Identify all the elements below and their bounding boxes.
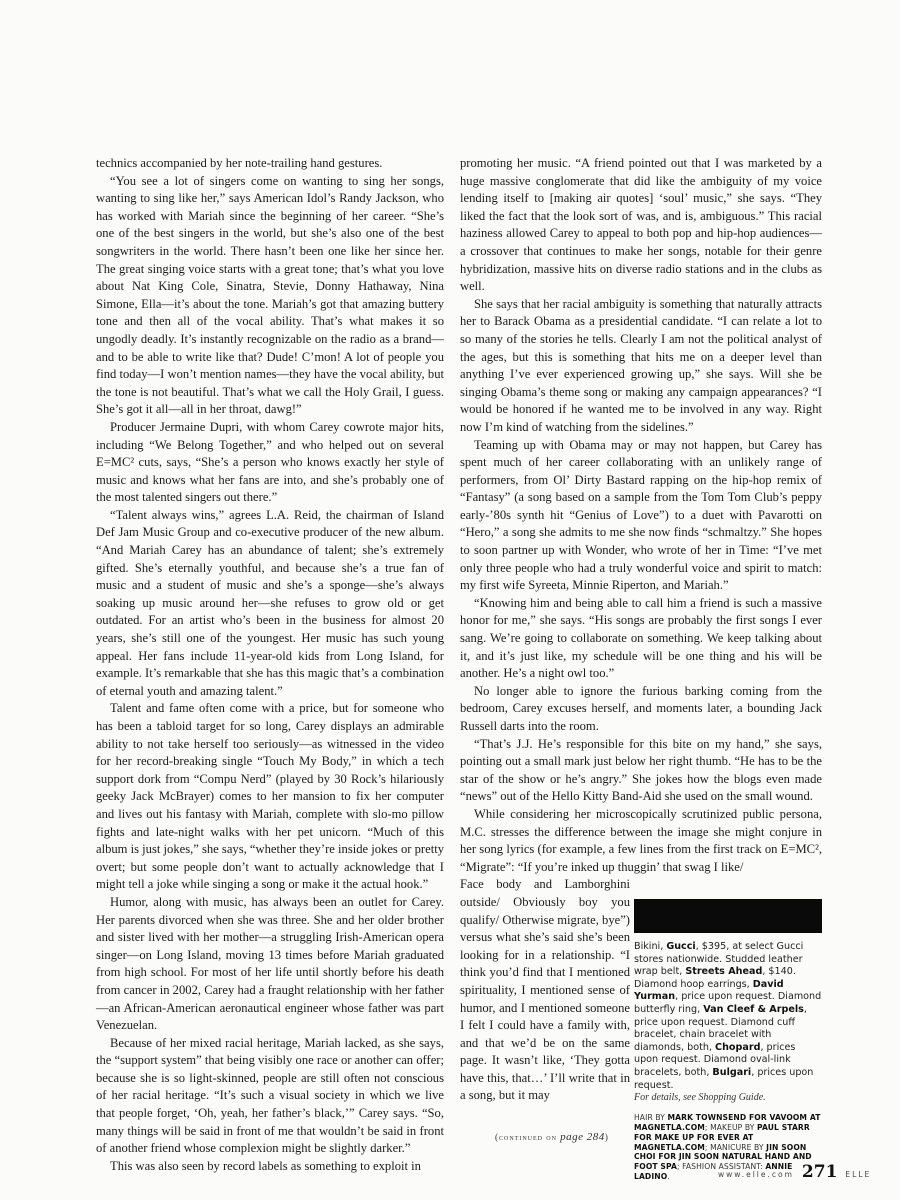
credit-text: Bikini, [634,941,666,952]
credit-text: ; makeup by [705,1123,757,1132]
credits-text: Bikini, Gucci, $395, at select Gucci sto… [634,941,822,1092]
brand-name: Bulgari [712,1067,751,1078]
brand-name: Gucci [666,941,695,952]
credit-text: Hair by [634,1113,667,1122]
paragraph: Talent and fame often come with a price,… [96,700,444,894]
paragraph: Teaming up with Obama may or may not hap… [460,437,822,595]
brand-name: Chopard [715,1042,760,1053]
paragraph: Humor, along with music, has always been… [96,894,444,1035]
paragraph: No longer able to ignore the furious bar… [460,683,822,736]
paragraph: While considering her microscopically sc… [460,806,822,876]
brand-name: Van Cleef & Arpels [703,1004,804,1015]
image-strip [634,899,822,933]
paragraph: “Knowing him and being able to call him … [460,595,822,683]
shopping-guide-note: For details, see Shopping Guide. [634,1092,822,1103]
magazine-brand: ELLE [845,1170,871,1179]
fashion-credits: Bikini, Gucci, $395, at select Gucci sto… [634,899,822,1182]
paragraph: She says that her racial ambiguity is so… [460,296,822,437]
paragraph: Face body and Lamborghini outside/ Obvio… [460,876,630,1105]
article-column-left: technics accompanied by her note-trailin… [96,155,444,1175]
continued-on-jump: (continued on page 284) [495,1131,609,1143]
credit-text: ; manicure by [705,1143,766,1152]
page-folio: www.elle.com 271 ELLE [718,1162,871,1182]
credit-text: . [667,1172,670,1181]
paragraph: Producer Jermaine Dupri, with whom Carey… [96,419,444,507]
paragraph: “That’s J.J. He’s responsible for this b… [460,736,822,806]
paragraph: Because of her mixed racial heritage, Ma… [96,1035,444,1158]
article-narrow-continuation: Face body and Lamborghini outside/ Obvio… [460,876,630,1105]
brand-name: Streets Ahead [685,966,762,977]
paragraph: “You see a lot of singers come on wantin… [96,173,444,419]
website-url[interactable]: www.elle.com [718,1170,794,1179]
page-number: 271 [802,1162,838,1182]
paragraph: promoting her music. “A friend pointed o… [460,155,822,296]
paragraph: technics accompanied by her note-trailin… [96,155,444,173]
paragraph: This was also seen by record labels as s… [96,1158,444,1176]
paragraph: “Talent always wins,” agrees L.A. Reid, … [96,507,444,701]
continued-page-link[interactable]: page 284 [560,1131,605,1143]
